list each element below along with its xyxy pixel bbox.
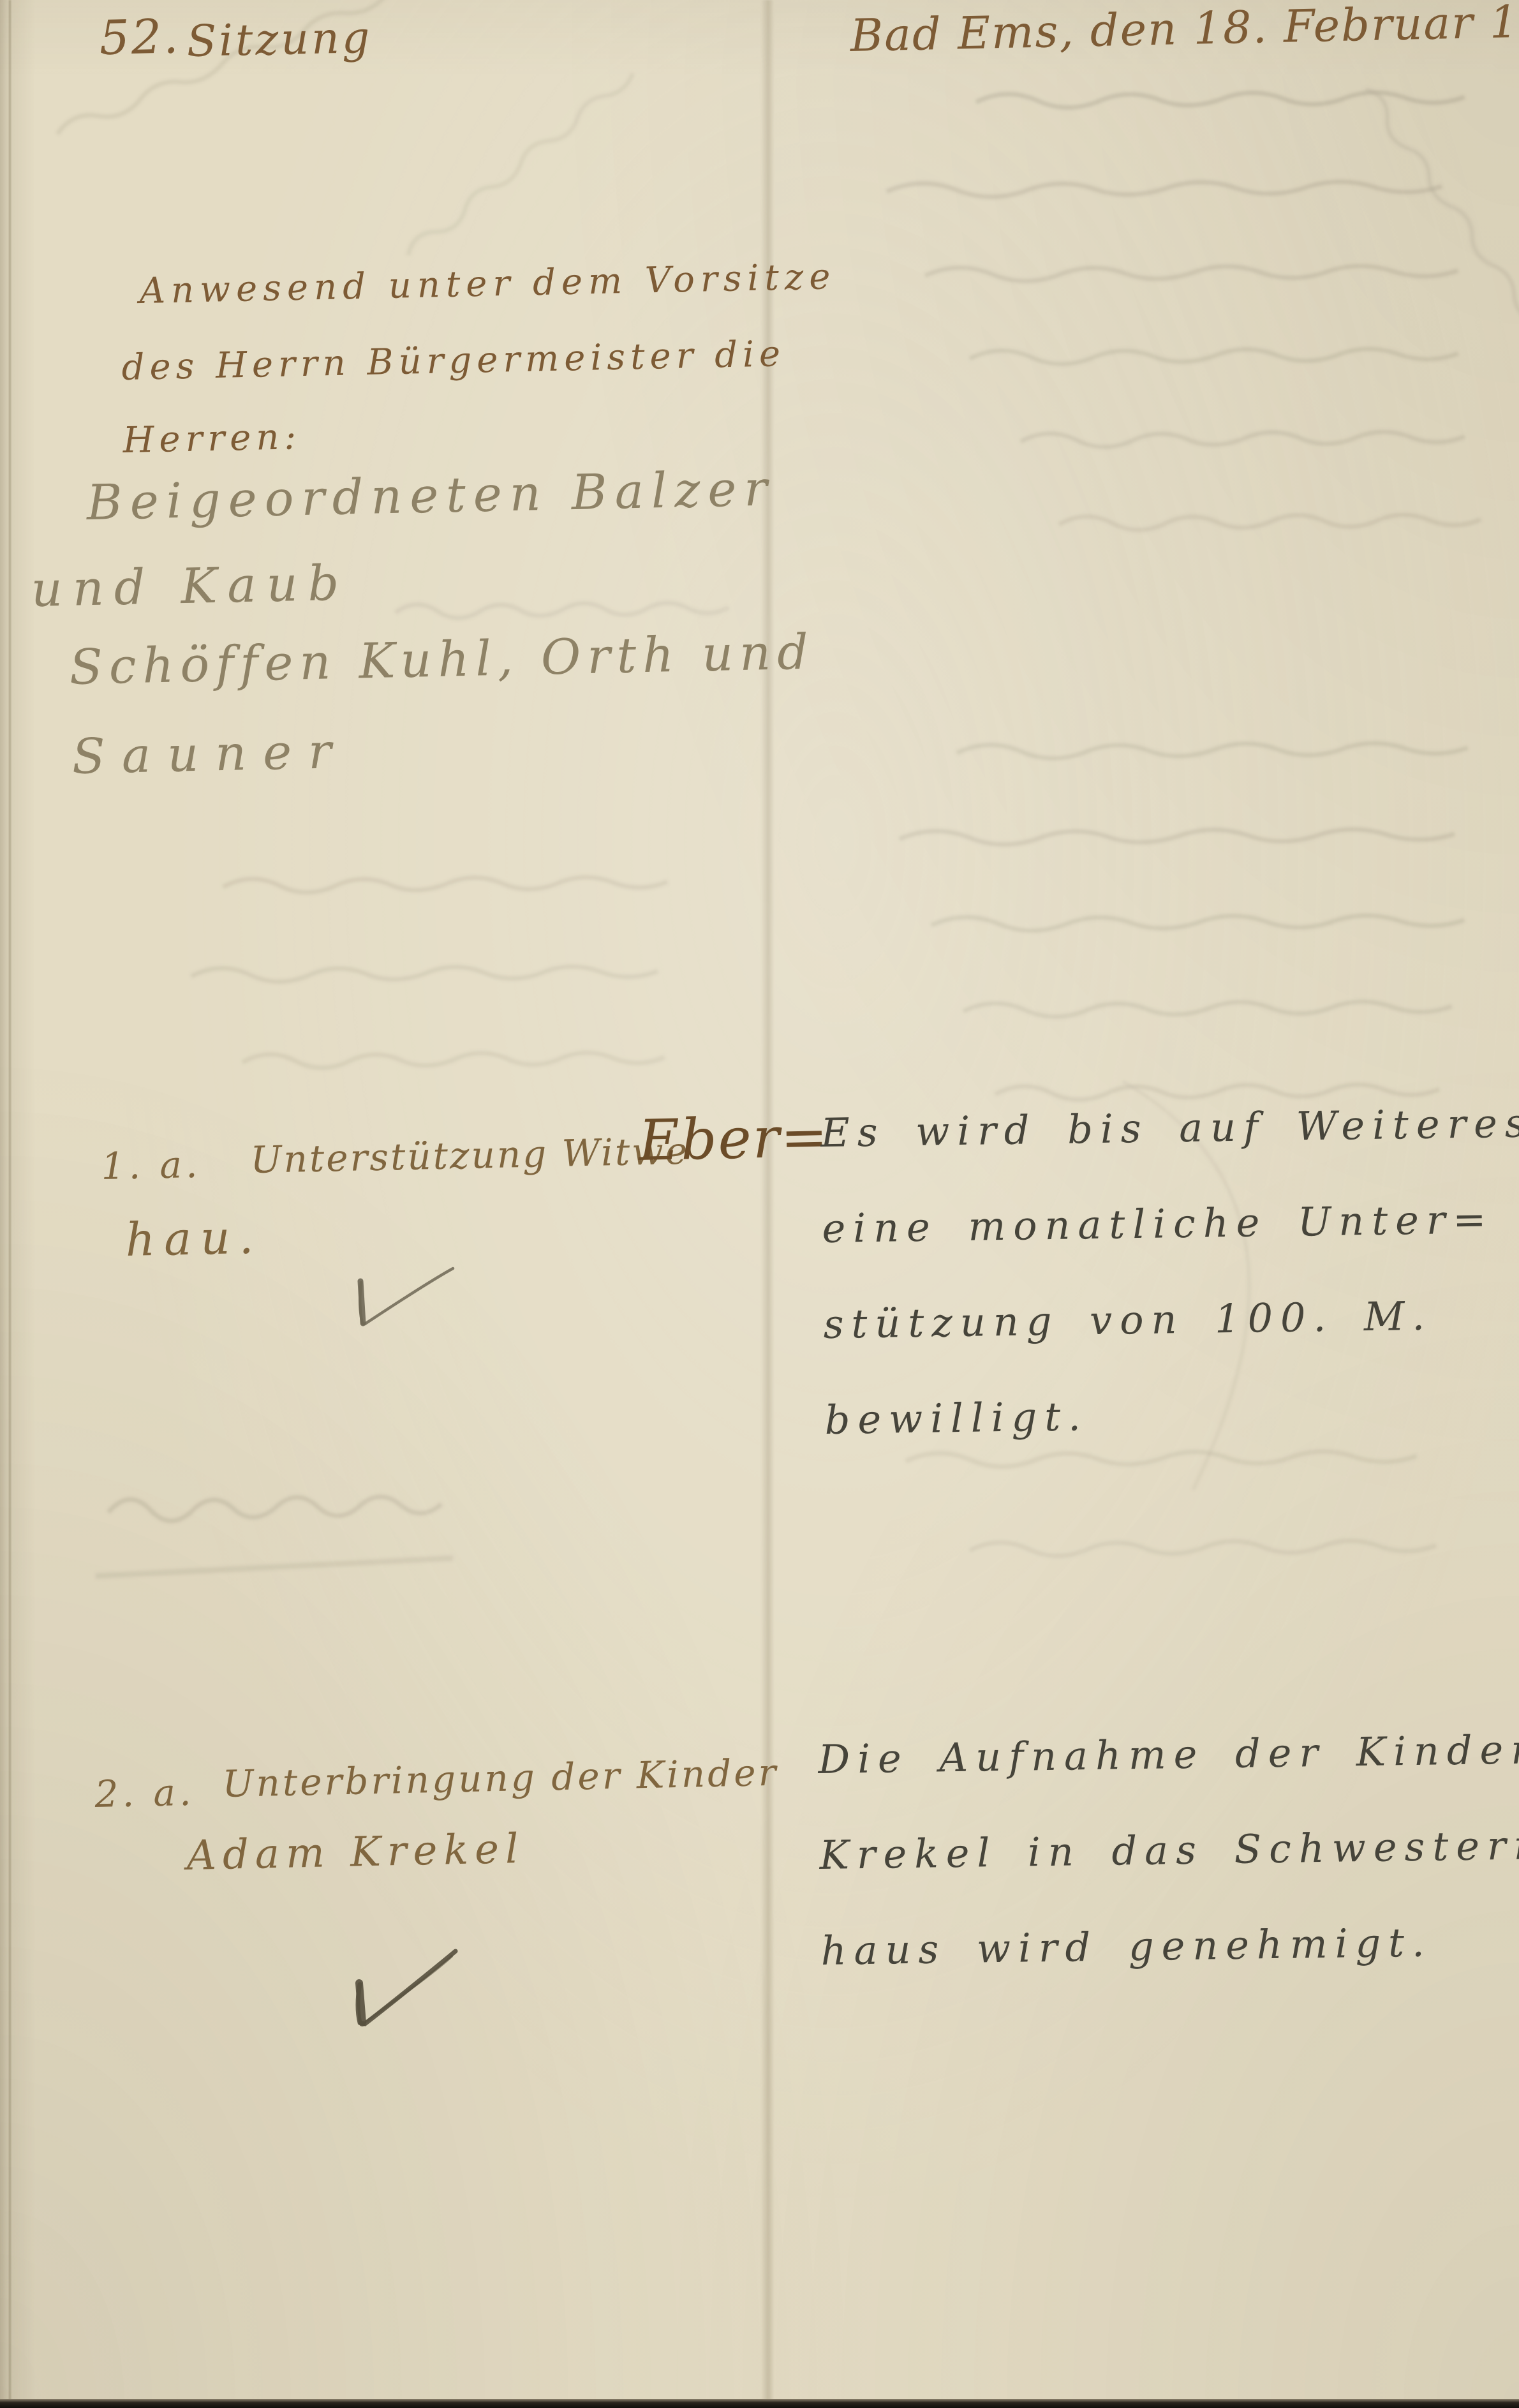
attendee-name-line: Beigeordneten Balzer [86, 463, 775, 528]
item-2-subject-continued: Adam Krekel [186, 1828, 525, 1878]
session-number: 52. [99, 12, 181, 63]
item-1-subject-name: Eber= [638, 1108, 829, 1171]
manuscript-page: 52. Sitzung Bad Ems, den 18. Februar 192… [0, 0, 1519, 2408]
attendee-name-line: Sauner [71, 725, 348, 782]
resolution-line: Es wird bis auf Weiteres [820, 1101, 1519, 1207]
checkmark-icon [352, 1265, 457, 1332]
checkmark-icon [350, 1945, 461, 2031]
item-2-number: 2. a. [94, 1773, 195, 1814]
resolution-line: eine monatliche Unter= [822, 1197, 1519, 1303]
resolution-line: Krekel in das Schwestern= [819, 1823, 1519, 1929]
resolution-line: stützung von 100. M. [823, 1293, 1519, 1399]
item-1-subject-continued: hau. [125, 1214, 263, 1265]
item-2-resolution: Die Aufnahme der Kinder Krekel in das Sc… [818, 1727, 1519, 2025]
scan-bottom-edge [0, 2399, 1519, 2408]
item-1-resolution: Es wird bis auf Weiteres eine monatliche… [820, 1101, 1519, 1494]
attendee-name-line: und Kaub [31, 558, 350, 615]
session-title: Sitzung [186, 15, 373, 64]
resolution-line: haus wird genehmigt. [820, 1919, 1519, 2025]
page-edge-line [9, 0, 11, 2408]
attendance-line: Herren: [122, 419, 302, 460]
resolution-line: bewilligt. [824, 1388, 1519, 1494]
item-1-number: 1. a. [101, 1145, 202, 1186]
item-1-subject: Unterstützung Witwe [250, 1132, 690, 1180]
page-left-edge [0, 0, 38, 2408]
resolution-line: Die Aufnahme der Kinder [818, 1727, 1519, 1834]
